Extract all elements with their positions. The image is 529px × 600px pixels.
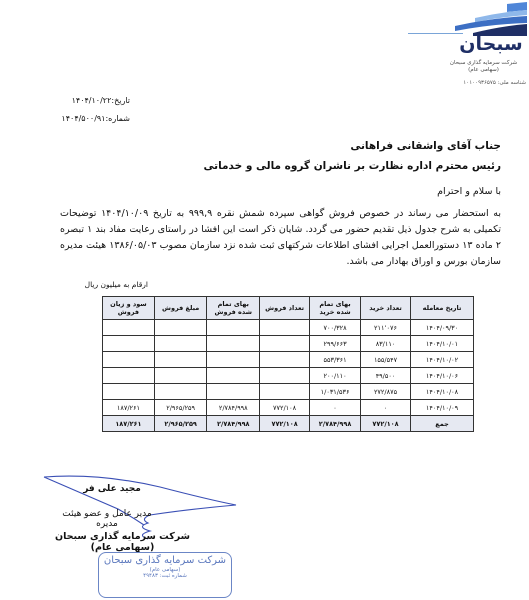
cell-sell-qty: [260, 352, 310, 368]
cell-buy-qty: ۲۱۱٬۰۷۶: [361, 320, 411, 336]
cell-profit-loss: [103, 336, 155, 352]
table-row: ۱۴۰۴/۰۹/۳۰ ۲۱۱٬۰۷۶ ۷۰۰/۳۲۸: [103, 320, 474, 336]
cell-sale-amount: [154, 384, 207, 400]
cell-sell-qty: [260, 368, 310, 384]
national-id: شناسه ملی: ۱۰۱۰۰۹۳۶۵۷۵: [438, 80, 526, 86]
cell-buy-cost: ۰: [310, 400, 361, 416]
letter-number: شماره:۱۴۰۴/۵۰۰/۹۱: [20, 114, 130, 123]
date-value: ۱۴۰۴/۱۰/۲۲: [72, 96, 112, 105]
cell-sale-amount: [154, 352, 207, 368]
cell-total-buy-qty: ۷۷۲/۱۰۸: [361, 416, 411, 432]
cell-sell-qty: ۷۷۲/۱۰۸: [260, 400, 310, 416]
cell-sell-cost: [207, 368, 260, 384]
number-label: شماره:: [105, 114, 130, 123]
cell-buy-cost: ۷۰۰/۳۲۸: [310, 320, 361, 336]
table-row: ۱۴۰۴/۱۰/۰۶ ۴۹/۵۰۰ ۲۰۰/۱۱۰: [103, 368, 474, 384]
cell-buy-cost: ۲۰۰/۱۱۰: [310, 368, 361, 384]
company-stamp: شرکت سرمایه گذاری سبحان (سهامی عام) شمار…: [98, 552, 232, 598]
cell-buy-qty: ۲۷۲/۸۷۵: [361, 384, 411, 400]
addressee-title: رئیس محترم اداره نظارت بر ناشران گروه ما…: [204, 160, 501, 172]
cell-date: ۱۴۰۴/۱۰/۰۱: [411, 336, 474, 352]
col-sell-cost: بهای تمام شده فروش: [207, 297, 260, 320]
number-value: ۱۴۰۴/۵۰۰/۹۱: [61, 114, 105, 123]
cell-total-label: جمع: [411, 416, 474, 432]
cell-profit-loss: [103, 320, 155, 336]
cell-buy-cost: ۱/۰۳۱/۵۳۶: [310, 384, 361, 400]
cell-profit-loss: [103, 384, 155, 400]
signatory-name: مجید علی فر: [72, 484, 152, 494]
cell-total-buy-cost: ۲/۷۸۴/۹۹۸: [310, 416, 361, 432]
col-trade-date: تاریخ معامله: [411, 297, 474, 320]
cell-date: ۱۴۰۴/۱۰/۰۸: [411, 384, 474, 400]
cell-sell-cost: [207, 384, 260, 400]
cell-sale-amount: ۲/۹۶۵/۲۵۹: [154, 400, 207, 416]
cell-sale-amount: [154, 368, 207, 384]
stamp-company: شرکت سرمایه گذاری سبحان: [99, 555, 231, 566]
company-type: (سهامی عام): [440, 67, 527, 74]
table-row: ۱۴۰۴/۱۰/۰۲ ۱۵۵/۵۴۷ ۵۵۳/۳۶۱: [103, 352, 474, 368]
cell-total-profit-loss: ۱۸۷/۲۶۱: [103, 416, 155, 432]
cell-sale-amount: [154, 320, 207, 336]
company-name-small: شرکت سرمایه گذاری سبحان (سهامی عام): [440, 60, 527, 74]
signatory-role: مدیر عامل و عضو هیئت مدیره: [52, 509, 162, 529]
table-header-row: تاریخ معامله تعداد خرید بهای تمام شده خر…: [103, 297, 474, 320]
logo-wordmark: سبحان: [455, 33, 527, 55]
cell-sale-amount: [154, 336, 207, 352]
col-buy-cost: بهای تمام شده خرید: [310, 297, 361, 320]
cell-buy-cost: ۵۵۳/۳۶۱: [310, 352, 361, 368]
greeting: با سلام و احترام: [437, 186, 501, 197]
cell-total-sell-cost: ۲/۷۸۴/۹۹۸: [207, 416, 260, 432]
cell-sell-qty: [260, 336, 310, 352]
cell-profit-loss: [103, 368, 155, 384]
stamp-registration: شماره ثبت: ۴۹۴۸۳: [99, 573, 231, 579]
col-buy-qty: تعداد خرید: [361, 297, 411, 320]
cell-sell-qty: [260, 384, 310, 400]
date-label: تاریخ:: [111, 96, 130, 105]
cell-buy-cost: ۲۹۹/۶۶۳: [310, 336, 361, 352]
col-sale-amount: مبلغ فروش: [154, 297, 207, 320]
cell-sell-cost: [207, 352, 260, 368]
cell-date: ۱۴۰۴/۱۰/۰۲: [411, 352, 474, 368]
cell-date: ۱۴۰۴/۱۰/۰۶: [411, 368, 474, 384]
letter-body: به استحضار می رساند در خصوص فروش گواهی س…: [60, 206, 501, 270]
table-row: ۱۴۰۴/۱۰/۰۸ ۲۷۲/۸۷۵ ۱/۰۳۱/۵۳۶: [103, 384, 474, 400]
cell-sell-cost: ۲/۷۸۴/۹۹۸: [207, 400, 260, 416]
cell-buy-qty: ۸۳/۱۱۰: [361, 336, 411, 352]
cell-profit-loss: ۱۸۷/۲۶۱: [103, 400, 155, 416]
cell-buy-qty: ۱۵۵/۵۴۷: [361, 352, 411, 368]
table-row: ۱۴۰۴/۱۰/۰۱ ۸۳/۱۱۰ ۲۹۹/۶۶۳: [103, 336, 474, 352]
transactions-table: تاریخ معامله تعداد خرید بهای تمام شده خر…: [102, 296, 474, 432]
signatory-company: شرکت سرمایه گذاری سبحان (سهامی عام): [40, 531, 205, 553]
table-total-row: جمع ۷۷۲/۱۰۸ ۲/۷۸۴/۹۹۸ ۷۷۲/۱۰۸ ۲/۷۸۴/۹۹۸ …: [103, 416, 474, 432]
cell-sell-qty: [260, 320, 310, 336]
cell-date: ۱۴۰۴/۱۰/۰۹: [411, 400, 474, 416]
cell-sell-cost: [207, 320, 260, 336]
cell-buy-qty: ۰: [361, 400, 411, 416]
cell-profit-loss: [103, 352, 155, 368]
cell-sell-cost: [207, 336, 260, 352]
logo-graphic-icon: [455, 2, 527, 36]
cell-total-sale-amount: ۲/۹۶۵/۲۵۹: [154, 416, 207, 432]
addressee: جناب آقای واشقانی فراهانی: [350, 140, 501, 152]
cell-buy-qty: ۴۹/۵۰۰: [361, 368, 411, 384]
cell-total-sell-qty: ۷۷۲/۱۰۸: [260, 416, 310, 432]
table-row: ۱۴۰۴/۱۰/۰۹ ۰ ۰ ۷۷۲/۱۰۸ ۲/۷۸۴/۹۹۸ ۲/۹۶۵/۲…: [103, 400, 474, 416]
company-name: شرکت سرمایه گذاری سبحان: [440, 60, 527, 67]
col-profit-loss: سود و زیان فروش: [103, 297, 155, 320]
cell-date: ۱۴۰۴/۰۹/۳۰: [411, 320, 474, 336]
letter-date: تاریخ:۱۴۰۴/۱۰/۲۲: [20, 96, 130, 105]
unit-note: ارقام به میلیون ریال: [68, 280, 148, 289]
col-sell-qty: تعداد فروش: [260, 297, 310, 320]
